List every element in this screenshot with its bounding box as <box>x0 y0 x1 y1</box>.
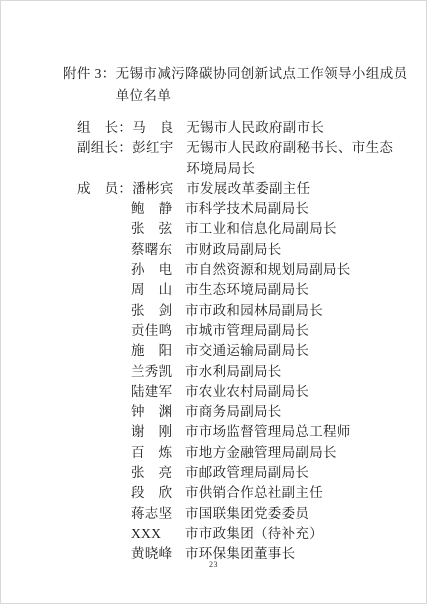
member-title: 市市政集团（待补充） <box>185 524 399 544</box>
member-title: 无锡市人民政府副市长 <box>186 118 400 138</box>
member-name: 蔡曙东 <box>131 240 175 260</box>
member-row: 兰秀凯市水利局副局长 <box>1 362 426 382</box>
member-name: 潘彬宾 <box>132 179 176 199</box>
member-row: 张 亮市邮政管理局副局长 <box>1 463 426 483</box>
member-name: XXX <box>131 524 175 544</box>
member-name: 张 弦 <box>131 219 175 239</box>
member-row: 鲍 静市科学技术局副局长 <box>1 199 426 219</box>
member-title: 市发展改革委副主任 <box>186 179 400 199</box>
member-row: 贡佳鸣市城市管理局副局长 <box>1 321 426 341</box>
member-name: 蒋志坚 <box>131 504 175 524</box>
member-row: 施 阳市交通运输局副局长 <box>1 341 426 361</box>
member-title: 市财政局副局长 <box>185 240 399 260</box>
member-name: 施 阳 <box>131 341 175 361</box>
member-title: 市交通运输局副局长 <box>185 341 399 361</box>
member-name: 孙 电 <box>131 260 175 280</box>
attachment-heading: 附件 3： 无锡市减污降碳协同创新试点工作领导小组成员单位名单 <box>1 1 426 107</box>
member-title: 市市政和园林局副局长 <box>185 301 399 321</box>
member-row: 孙 电市自然资源和规划局副局长 <box>1 260 426 280</box>
member-role: 组 长： <box>77 118 132 138</box>
member-name: 张 剑 <box>131 301 175 321</box>
member-row: 张 剑市市政和园林局副局长 <box>1 301 426 321</box>
attachment-label: 附件 3： <box>63 63 116 107</box>
member-name: 钟 渊 <box>131 402 175 422</box>
member-row: 副组长：彭红宇无锡市人民政府副秘书长、市生态环境局局长 <box>1 138 426 179</box>
member-row: 周 山市生态环境局副局长 <box>1 280 426 300</box>
member-name: 兰秀凯 <box>131 362 175 382</box>
member-name: 陆建军 <box>131 382 175 402</box>
member-title: 市生态环境局副局长 <box>185 280 399 300</box>
member-name: 马 良 <box>132 118 176 138</box>
member-name: 鲍 静 <box>131 199 175 219</box>
member-title: 无锡市人民政府副秘书长、市生态环境局局长 <box>186 138 400 179</box>
member-row: 段 欣市供销合作总社副主任 <box>1 483 426 503</box>
member-title: 市商务局副局长 <box>185 402 399 422</box>
member-title: 市城市管理局副局长 <box>185 321 399 341</box>
document-title: 无锡市减污降碳协同创新试点工作领导小组成员单位名单 <box>116 63 414 107</box>
member-name: 张 亮 <box>131 463 175 483</box>
member-title: 市农业农村局副局长 <box>185 382 399 402</box>
member-list: 组 长：马 良无锡市人民政府副市长副组长：彭红宇无锡市人民政府副秘书长、市生态环… <box>1 118 426 565</box>
document-page: 附件 3： 无锡市减污降碳协同创新试点工作领导小组成员单位名单 组 长：马 良无… <box>0 0 427 604</box>
member-title: 市国联集团党委委员 <box>185 504 399 524</box>
member-title: 市科学技术局副局长 <box>185 199 399 219</box>
member-role: 成 员： <box>77 179 132 199</box>
member-title: 市水利局副局长 <box>185 362 399 382</box>
member-name: 段 欣 <box>131 483 175 503</box>
member-name: 彭红宇 <box>132 138 176 158</box>
member-title: 市供销合作总社副主任 <box>185 483 399 503</box>
member-row: 谢 刚市市场监督管理局总工程师 <box>1 422 426 442</box>
member-row: 组 长：马 良无锡市人民政府副市长 <box>1 118 426 138</box>
member-row: 钟 渊市商务局副局长 <box>1 402 426 422</box>
member-name: 百 炼 <box>131 443 175 463</box>
member-title: 市地方金融管理局副局长 <box>185 443 399 463</box>
member-row: 成 员：潘彬宾市发展改革委副主任 <box>1 179 426 199</box>
member-title: 市自然资源和规划局副局长 <box>185 260 399 280</box>
member-title: 市邮政管理局副局长 <box>185 463 399 483</box>
member-title: 市工业和信息化局副局长 <box>185 219 399 239</box>
member-title: 市市场监督管理局总工程师 <box>185 422 399 442</box>
member-row: 张 弦市工业和信息化局副局长 <box>1 219 426 239</box>
member-row: 蒋志坚市国联集团党委委员 <box>1 504 426 524</box>
member-name: 周 山 <box>131 280 175 300</box>
member-row: 蔡曙东市财政局副局长 <box>1 240 426 260</box>
member-name: 贡佳鸣 <box>131 321 175 341</box>
member-row: XXX市市政集团（待补充） <box>1 524 426 544</box>
page-number: 23 <box>1 560 426 569</box>
member-role: 副组长： <box>77 138 132 158</box>
member-row: 陆建军市农业农村局副局长 <box>1 382 426 402</box>
member-row: 百 炼市地方金融管理局副局长 <box>1 443 426 463</box>
member-name: 谢 刚 <box>131 422 175 442</box>
